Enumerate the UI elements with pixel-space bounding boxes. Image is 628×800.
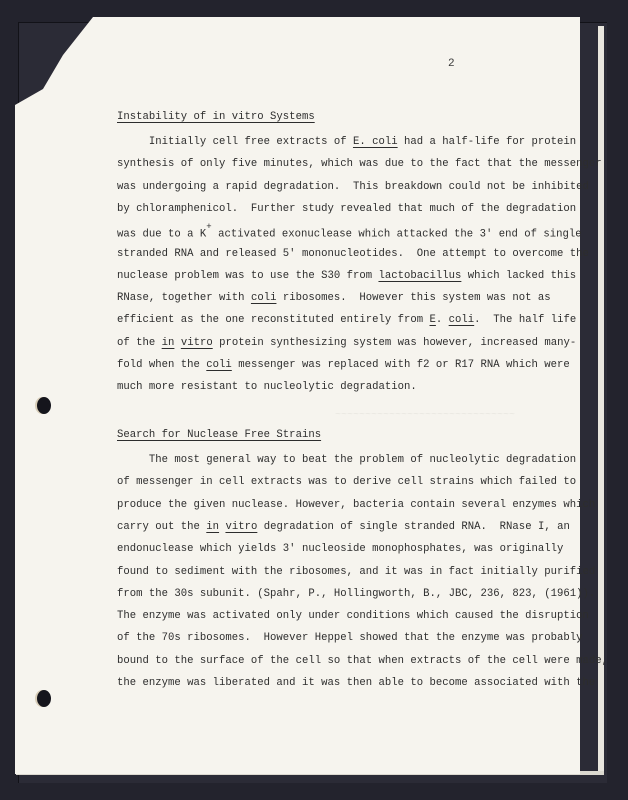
paragraph-line: the enzyme was liberated and it was then… <box>117 678 595 689</box>
paragraph-line: of the in vitro protein synthesizing sys… <box>117 338 576 349</box>
paragraph-line: from the 30s subunit. (Spahr, P., Hollin… <box>117 589 595 600</box>
underlined-term: E <box>430 314 436 326</box>
underlined-term: vitro <box>225 521 257 533</box>
paragraph-line: nuclease problem was to use the S30 from… <box>117 271 576 282</box>
paragraph-line: RNase, together with coli ribosomes. How… <box>117 293 551 304</box>
paragraph-line: synthesis of only five minutes, which wa… <box>117 159 602 170</box>
underlined-term: in <box>162 337 175 349</box>
paragraph-line: was undergoing a rapid degradation. This… <box>117 182 589 193</box>
paragraph-line: endonuclease which yields 3' nucleoside … <box>117 544 563 555</box>
page-number: 2 <box>448 58 455 70</box>
show-through-text: ~~~~~~~~~~~~~~~~~~~~~~~~~~~~~~ <box>335 410 515 421</box>
punch-hole-upper <box>37 397 51 414</box>
section-heading: Search for Nuclease Free Strains <box>117 430 321 441</box>
underlined-term: coli <box>449 314 475 326</box>
underlined-term: E. coli <box>353 136 398 148</box>
underlined-term: lactobacillus <box>378 270 461 282</box>
paragraph-line: was due to a K+ activated exonuclease wh… <box>117 226 582 240</box>
underlined-term: coli <box>251 292 277 304</box>
paragraph-line: fold when the coli messenger was replace… <box>117 360 570 371</box>
punch-hole-lower <box>37 690 51 707</box>
underlined-term: vitro <box>181 337 213 349</box>
underlined-term: coli <box>206 359 232 371</box>
underlined-term: in <box>206 521 219 533</box>
paragraph-line: efficient as the one reconstituted entir… <box>117 315 576 326</box>
paragraph-line: of the 70s ribosomes. However Heppel sho… <box>117 633 583 644</box>
paragraph-line: by chloramphenicol. Further study reveal… <box>117 204 576 215</box>
section-heading: Instability of in vitro Systems <box>117 112 315 123</box>
paragraph-line: bound to the surface of the cell so that… <box>117 656 608 667</box>
paragraph-line: of messenger in cell extracts was to der… <box>117 477 576 488</box>
paragraph-line: carry out the in vitro degradation of si… <box>117 522 570 533</box>
paragraph-line: Initially cell free extracts of E. coli … <box>117 137 576 148</box>
paragraph-line: The enzyme was activated only under cond… <box>117 611 589 622</box>
paragraph-line: stranded RNA and released 5' mononucleot… <box>117 249 589 260</box>
paragraph-line: The most general way to beat the problem… <box>117 455 576 466</box>
superscript: + <box>206 222 211 232</box>
paragraph-line: produce the given nuclease. However, bac… <box>117 500 595 511</box>
paragraph-line: found to sediment with the ribosomes, an… <box>117 567 595 578</box>
paragraph-line: much more resistant to nucleolytic degra… <box>117 382 417 393</box>
